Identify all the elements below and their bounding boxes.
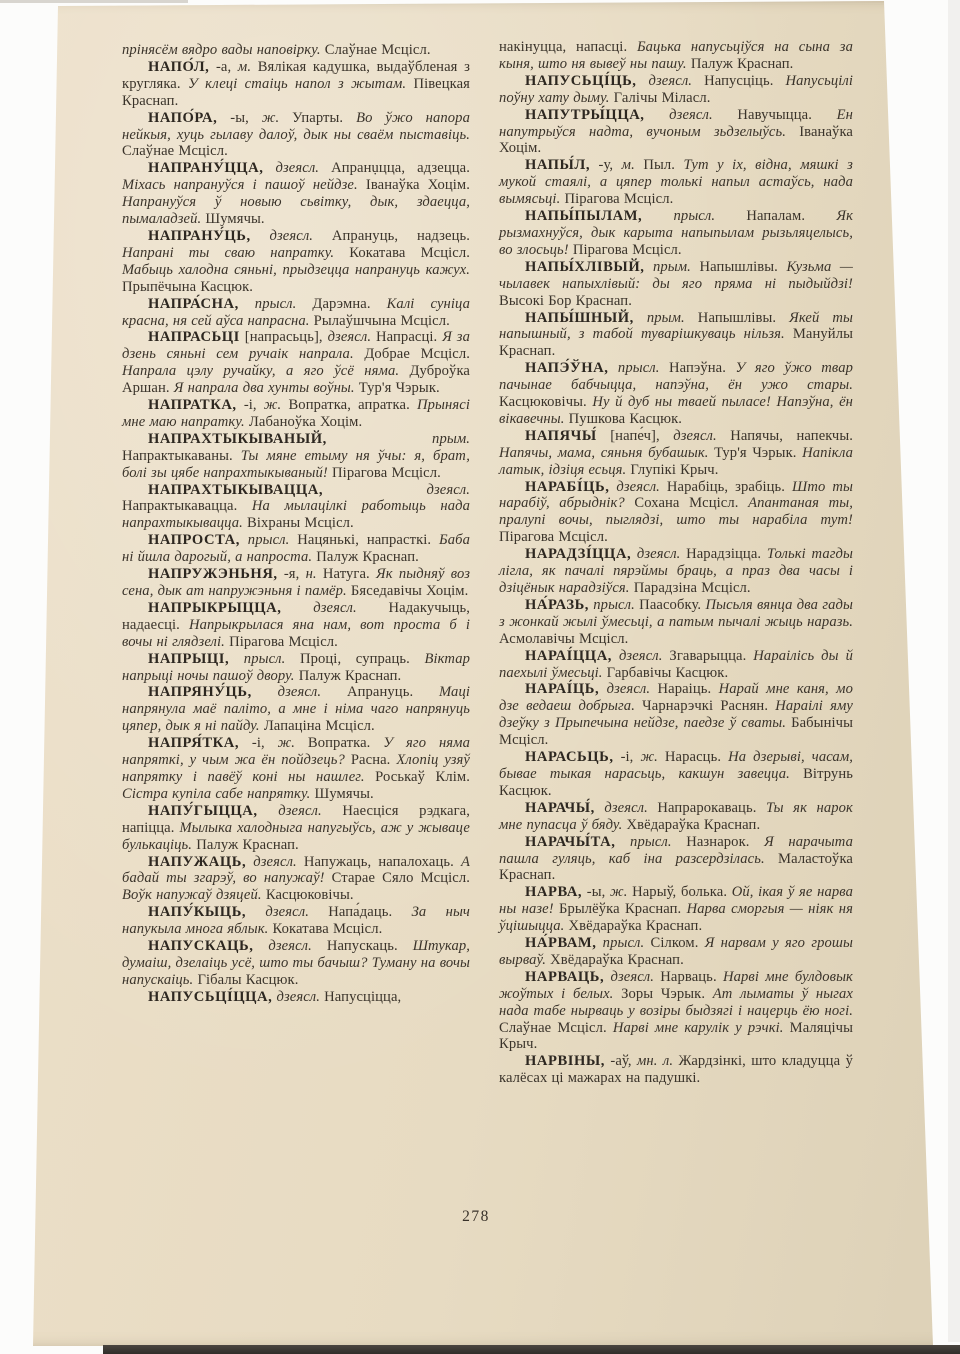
dictionary-entry: НАРАЧЫ́, дзеясл. Напрарокаваць. Ты як на… (499, 800, 853, 834)
headword: НАРАСЬЦЬ, (525, 749, 614, 765)
headword: НАПУСКАЦЬ, (148, 938, 253, 954)
headword: НАПО́РА, (148, 110, 217, 126)
dictionary-entry: НАПУСЬЦІ́ЦЬ, дзеясл. Напусціць. Напусьці… (499, 73, 853, 107)
scan-edge-bottom (103, 1345, 960, 1354)
dictionary-entry: НАРАІ́ЦЬ, дзеясл. Нараіць. Нарай мне кан… (499, 681, 853, 749)
dictionary-entry: НАПРАНУ́ЦЦА, дзеясл. Апранụцца, адзецца.… (122, 160, 470, 228)
dictionary-entry: НАПРУЖЭНЬНЯ, -я, н. Натуга. Як пыдняў во… (122, 566, 470, 600)
headword: НАПРАНУ́ЦЦА, (148, 160, 263, 176)
headword: НАРАДЗІ́ЦЦА, (525, 546, 631, 562)
headword: НАПЫ́ШНЫЙ, (525, 310, 634, 326)
entry-continuation: прінясём вядро вады наповірку. Слаўнае М… (122, 42, 470, 59)
dictionary-entry: НАРАДЗІ́ЦЦА, дзеясл. Нарадзіцца. Толькі … (499, 546, 853, 597)
headword: НАПЫ́ПЫЛАМ, (525, 208, 642, 224)
headword: НАПУ́ГЫЦЦА, (148, 803, 258, 819)
scan-edge-top (0, 0, 188, 3)
dictionary-entry: НАПЫ́ШНЫЙ, прым. Напышлівы. Якей ты напы… (499, 310, 853, 361)
headword: НАРАЧЫ́ТА, (525, 834, 615, 850)
dictionary-entry: НАПРЯНУ́ЦЬ, дзеясл. Апрануць. Маці напря… (122, 684, 470, 735)
entry-continuation: накінуцца, напасці. Бацька напусьціўся н… (499, 39, 853, 73)
dictionary-entry: НА́РАЗЬ, прысл. Паасобку. Пысьля вянца д… (499, 597, 853, 648)
dictionary-entry: НАПУСКАЦЬ, дзеясл. Напускаць. Штукар, ду… (122, 938, 470, 989)
dictionary-entry: НАПРЫЦІ, прысл. Проці, супраць. Віктар н… (122, 651, 470, 685)
dictionary-entry: НАПРЫКРЫЦЦА, дзеясл. Надакучыць, надаесц… (122, 600, 470, 651)
dictionary-entry: НАРАСЬЦЬ, -і, ж. Нарасць. На дзерыві, ча… (499, 749, 853, 800)
headword: НАПЫ́ХЛІВЫЙ, (525, 259, 644, 275)
headword: НАРВАЦЬ, (525, 969, 604, 985)
dictionary-entry: НАПРЯ́ТКА, -і, ж. Вопратка. У яго няма н… (122, 735, 470, 803)
dictionary-entry: НАРАІ́ЦЦА, дзеясл. Згаварыцца. Нараілісь… (499, 648, 853, 682)
dictionary-entry: НАПРОСТА, прысл. Нацянькі, напрасткі. Ба… (122, 532, 470, 566)
headword: НАПЯЧЫ́ (525, 428, 597, 444)
headword: НАПРОСТА, (148, 532, 240, 548)
page-number: 278 (446, 1208, 506, 1226)
headword: НАРАЧЫ́, (525, 800, 595, 816)
dictionary-entry: НАПЫ́ПЫЛАМ, прысл. Напалам. Як рызмахнуў… (499, 208, 853, 259)
headword: НАПЫ́Л, (525, 157, 590, 173)
dictionary-entry: НАРВА, -ы, ж. Нарыў, болька. Ой, ікая ў … (499, 884, 853, 935)
dictionary-entry: НАПЭ́ЎНА, прысл. Напэўна. У яго ўжо твар… (499, 360, 853, 428)
dictionary-column-right: накінуцца, напасці. Бацька напусьціўся н… (499, 39, 853, 1087)
dictionary-entry: НАПО́Л, -а, м. Вялікая кадушка, выдаўбле… (122, 59, 470, 110)
headword: НАРВІНЫ, (525, 1053, 605, 1069)
headword: НАПУСЬЦІ́ЦЦА, (148, 989, 272, 1005)
dictionary-entry: НАПРАСЬЦІ [напрасьць], дзеясл. Напрасці.… (122, 329, 470, 397)
headword: НА́РАЗЬ, (525, 597, 589, 613)
headword: НАПУТРЫ́ЦЦА, (525, 107, 645, 123)
dictionary-entry: НАПЫ́Л, -у, м. Пыл. Тут у іх, відна, мяш… (499, 157, 853, 208)
headword: НАПРЯ́ТКА, (148, 735, 239, 751)
headword: НАПРАХТЫКЫВАНЫЙ, (148, 431, 327, 447)
headword: НАПРАСЬЦІ (148, 329, 240, 345)
headword: НАРАІ́ЦЬ, (525, 681, 599, 697)
headword: НАПРЫЦІ, (148, 651, 229, 667)
headword: НАПРА́СНА, (148, 296, 239, 312)
dictionary-entry: НАПЫ́ХЛІВЫЙ, прым. Напышлівы. Кузьма — ч… (499, 259, 853, 310)
headword: НАПРЫКРЫЦЦА, (148, 600, 281, 616)
dictionary-entry: НАПУСЬЦІ́ЦЦА, дзеясл. Напусціцца, (122, 989, 470, 1006)
dictionary-entry: НАПЯЧЫ́ [напе́ч], дзеясл. Напячы, напекч… (499, 428, 853, 479)
dictionary-entry: НАПУ́ГЫЦЦА, дзеясл. Наесціся рэдкага, на… (122, 803, 470, 854)
headword: НАПУЖАЦЬ, (148, 854, 246, 870)
scan-edge-right (948, 0, 960, 1342)
dictionary-entry: НАПРАНУ́ЦЬ, дзеясл. Апрануць, надзець. Н… (122, 228, 470, 296)
headword: НАПРУЖЭНЬНЯ, (148, 566, 278, 582)
dictionary-entry: НА́РВАМ, прысл. Сілком. Я нарвам у яго г… (499, 935, 853, 969)
dictionary-entry: НАПУТРЫ́ЦЦА, дзеясл. Навучыцца. Ен напут… (499, 107, 853, 158)
headword: НАПРЯНУ́ЦЬ, (148, 684, 252, 700)
headword: НАРАБІ́ЦЬ, (525, 479, 609, 495)
dictionary-entry: НАПРА́СНА, прысл. Дарэмна. Калі суніца к… (122, 296, 470, 330)
dictionary-entry: НАПРАТКА, -і, ж. Вопратка, апратка. Прын… (122, 397, 470, 431)
headword: НА́РВАМ, (525, 935, 596, 951)
dictionary-entry: НАРВАЦЬ, дзеясл. Нарваць. Нарві мне булд… (499, 969, 853, 1054)
book-page: прінясём вядро вады наповірку. Слаўнае М… (0, 0, 960, 1354)
dictionary-entry: НАРАЧЫ́ТА, прысл. Назнарок. Я нарачыта п… (499, 834, 853, 885)
headword: НАПУСЬЦІ́ЦЬ, (525, 73, 637, 89)
headword: НАПУ́КЫЦЬ, (148, 904, 246, 920)
dictionary-entry: НАПУЖАЦЬ, дзеясл. Напужаць, напалохаць. … (122, 854, 470, 905)
dictionary-entry: НАПУ́КЫЦЬ, дзеясл. Напа́даць. За ныч нап… (122, 904, 470, 938)
dictionary-entry: НАПРАХТЫКЫВАЦЦА, дзеясл. Напрактыкавацца… (122, 482, 470, 533)
headword: НАПО́Л, (148, 59, 209, 75)
dictionary-entry: НАПО́РА, -ы, ж. Упарты. Во ўжо напора не… (122, 110, 470, 161)
dictionary-entry: НАРВІНЫ, -аў, мн. л. Жардзінкі, што клад… (499, 1053, 853, 1087)
headword: НАПРАХТЫКЫВАЦЦА, (148, 482, 323, 498)
dictionary-column-left: прінясём вядро вады наповірку. Слаўнае М… (122, 42, 470, 1006)
headword: НАПЭ́ЎНА, (525, 360, 608, 376)
dictionary-entry: НАПРАХТЫКЫВАНЫЙ, прым. Напрактыкаваны. Т… (122, 431, 470, 482)
headword: НАРАІ́ЦЦА, (525, 648, 612, 664)
headword: НАРВА, (525, 884, 582, 900)
headword: НАПРАТКА, (148, 397, 237, 413)
headword: НАПРАНУ́ЦЬ, (148, 228, 251, 244)
dictionary-entry: НАРАБІ́ЦЬ, дзеясл. Нарабіць, зрабіць. Шт… (499, 479, 853, 547)
